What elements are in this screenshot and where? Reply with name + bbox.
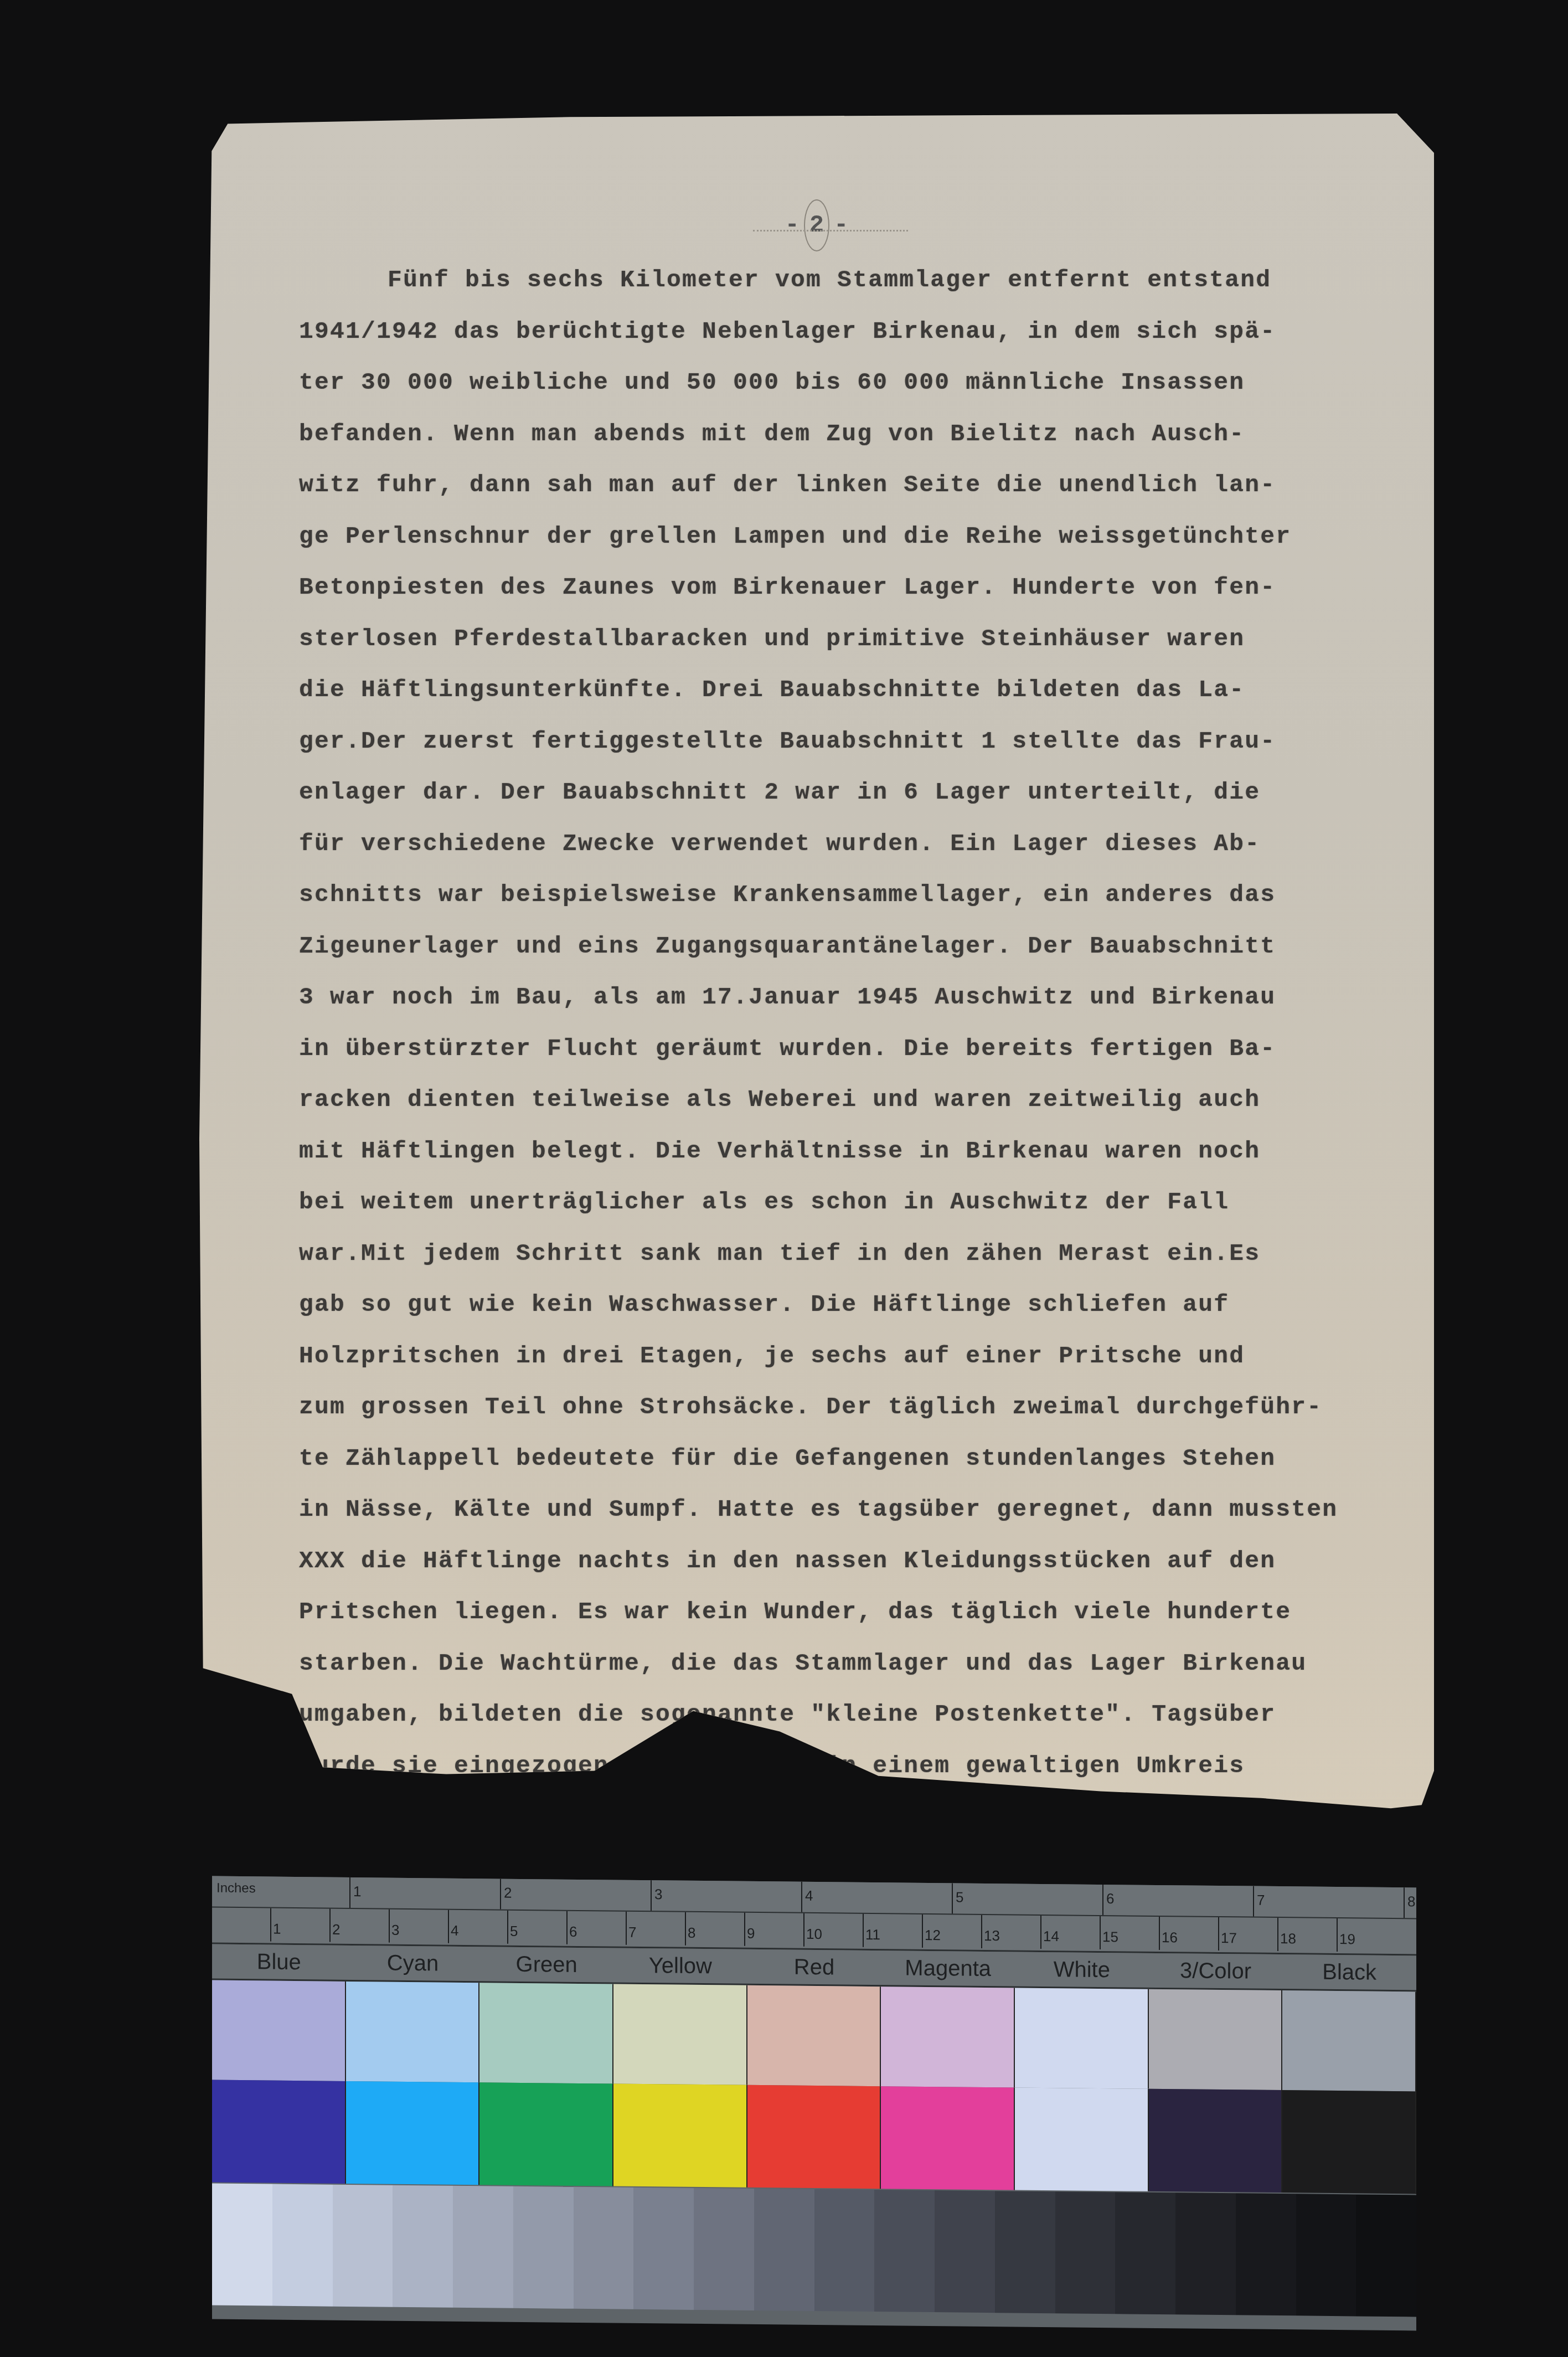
ruler-tick xyxy=(1253,1886,1254,1917)
text-line: Pritschen liegen. Es war kein Wunder, da… xyxy=(299,1587,1395,1638)
text-line: te Zählappell bedeutete für die Gefangen… xyxy=(299,1433,1395,1485)
text-line: wurde sie eingezogen, dafür stand in ein… xyxy=(299,1741,1395,1792)
dark-color-patch xyxy=(613,2084,747,2188)
patch-label: Yellow xyxy=(613,1948,747,1984)
text-line: witz fuhr, dann sah man auf der linken S… xyxy=(299,460,1395,511)
patch-label: Black xyxy=(1282,1954,1416,1990)
light-color-patch xyxy=(613,1984,747,2085)
ruler-tick xyxy=(349,1877,350,1908)
text-line: ge Perlenschnur der grellen Lampen und d… xyxy=(299,511,1395,563)
dark-color-patch xyxy=(1015,2087,1149,2191)
ruler-tick xyxy=(981,1915,982,1948)
dark-color-patch xyxy=(212,2080,346,2184)
dark-color-patch xyxy=(747,2085,881,2189)
text-line: starben. Die Wachtürme, die das Stammlag… xyxy=(299,1638,1395,1690)
text-line: in überstürzter Flucht geräumt wurden. D… xyxy=(299,1023,1395,1075)
ruler-tick xyxy=(801,1882,802,1912)
gray-step-patch xyxy=(1236,2193,1296,2315)
gray-step-patch xyxy=(633,2188,694,2310)
ruler-cm-mark: 2 xyxy=(332,1921,340,1938)
ruler-cm-mark: 19 xyxy=(1339,1931,1355,1948)
ruler-tick xyxy=(329,1909,331,1942)
ruler-tick xyxy=(922,1915,923,1948)
text-line: war.Mit jedem Schritt sank man tief in d… xyxy=(299,1228,1395,1280)
gray-step-patch xyxy=(874,2190,935,2312)
ruler-inch-mark: 3 xyxy=(654,1886,662,1903)
text-line: racken dienten teilweise als Weberei und… xyxy=(299,1074,1395,1126)
gray-step-patch xyxy=(1115,2192,1175,2314)
ruler-cm-mark: 15 xyxy=(1102,1928,1118,1946)
light-color-patch xyxy=(1149,1989,1283,2090)
text-line: schnitts war beispielsweise Krankensamme… xyxy=(299,869,1395,921)
patch-label: Blue xyxy=(212,1944,346,1980)
ruler-cm-mark: 3 xyxy=(391,1922,399,1939)
ruler-cm-mark: 13 xyxy=(984,1927,1000,1944)
gray-step-patch xyxy=(1055,2191,1116,2314)
dark-color-patch xyxy=(1149,2089,1283,2193)
ruler-tick xyxy=(1404,1887,1405,1918)
dark-patch-row xyxy=(212,2080,1416,2194)
ruler-unit-label: Inches xyxy=(216,1881,256,1897)
text-line: Fünf bis sechs Kilometer vom Stammlager … xyxy=(299,255,1395,306)
page-number-circled: 2 xyxy=(804,199,829,251)
light-color-patch xyxy=(881,1987,1015,2087)
light-patch-row xyxy=(212,1980,1416,2092)
ruler-cm-mark: 6 xyxy=(569,1923,577,1941)
ruler-tick xyxy=(1277,1918,1278,1951)
light-color-patch xyxy=(346,1982,480,2082)
patch-label: Green xyxy=(479,1947,613,1982)
ruler-tick xyxy=(803,1913,804,1947)
ruler-cm-mark: 8 xyxy=(688,1924,695,1942)
gray-step-patch xyxy=(333,2185,393,2307)
patch-label: Magenta xyxy=(881,1951,1015,1986)
ruler-tick xyxy=(1102,1885,1103,1915)
ruler-tick xyxy=(626,1912,627,1945)
ruler-inch-mark: 6 xyxy=(1106,1890,1114,1907)
text-line: Betonpiesten des Zaunes vom Birkenauer L… xyxy=(299,562,1395,614)
gray-step-patch xyxy=(1356,2194,1416,2317)
text-line: befanden. Wenn man abends mit dem Zug vo… xyxy=(299,409,1395,460)
ruler-inch-mark: 4 xyxy=(805,1887,813,1905)
page-number-dash-right: - xyxy=(834,212,848,239)
gray-step-patch xyxy=(754,2189,814,2311)
ruler-tick xyxy=(1100,1916,1101,1949)
ruler-cm-mark: 16 xyxy=(1162,1929,1178,1946)
ruler-cm-mark: 1 xyxy=(273,1921,281,1938)
ruler-tick xyxy=(270,1908,271,1942)
ruler-tick xyxy=(566,1911,568,1944)
text-line: ter 30 000 weibliche und 50 000 bis 60 0… xyxy=(299,357,1395,409)
document-page: -2- Fünf bis sechs Kilometer vom Stammla… xyxy=(199,114,1434,1822)
ruler-cm-mark: 5 xyxy=(510,1923,518,1940)
ruler-tick xyxy=(500,1879,501,1910)
light-color-patch xyxy=(479,1983,613,2083)
pencil-dash-mark xyxy=(1523,260,1546,263)
grayscale-step-row xyxy=(212,2184,1416,2317)
ruler-cm-mark: 18 xyxy=(1280,1930,1296,1947)
ruler-cm-mark: 4 xyxy=(451,1922,458,1939)
text-line: bei weitem unerträglicher als es schon i… xyxy=(299,1177,1395,1228)
gray-step-patch xyxy=(574,2187,634,2309)
ruler-tick xyxy=(448,1910,449,1943)
text-line: XXX die Häftlinge nachts in den nassen K… xyxy=(299,1536,1395,1587)
text-line: umgaben, bildeten die sogenannte "kleine… xyxy=(299,1689,1395,1741)
dark-color-patch xyxy=(346,2081,480,2185)
ruler-inch-mark: 1 xyxy=(353,1883,361,1900)
color-calibration-chart: Inches 12345678 123456789101112131415161… xyxy=(212,1876,1416,2331)
gray-step-patch xyxy=(513,2186,574,2309)
patch-label: Cyan xyxy=(346,1946,480,1981)
ruler-tick xyxy=(1159,1917,1160,1950)
page-number-dash-left: - xyxy=(785,212,800,239)
ruler-tick xyxy=(1218,1917,1219,1951)
text-line: Holzpritschen in drei Etagen, je sechs a… xyxy=(299,1331,1395,1382)
ruler-tick xyxy=(507,1911,508,1944)
ruler-tick xyxy=(685,1912,686,1946)
typed-text-body: Fünf bis sechs Kilometer vom Stammlager … xyxy=(299,255,1395,1792)
page-number: -2- xyxy=(199,199,1434,251)
gray-step-patch xyxy=(694,2188,754,2310)
ruler-inch-mark: 8 xyxy=(1407,1893,1415,1910)
gray-step-patch xyxy=(995,2191,1055,2313)
gray-step-patch xyxy=(1175,2193,1236,2315)
text-line: 1941/1942 das berüchtigte Nebenlager Bir… xyxy=(299,306,1395,358)
gray-step-patch xyxy=(212,2184,272,2306)
ruler-cm-mark: 17 xyxy=(1221,1929,1237,1947)
ruler-tick xyxy=(1040,1916,1041,1949)
text-line: gab so gut wie kein Waschwasser. Die Häf… xyxy=(299,1279,1395,1331)
text-line: ger.Der zuerst fertiggestellte Bauabschn… xyxy=(299,716,1395,768)
patch-label: Red xyxy=(747,1949,881,1985)
ruler-cm-mark: 7 xyxy=(628,1924,636,1941)
ruler-tick xyxy=(389,1910,390,1943)
ruler-cm-mark: 12 xyxy=(925,1927,941,1944)
stray-typed-marks xyxy=(753,230,908,233)
dark-color-patch xyxy=(1282,2090,1416,2194)
gray-step-patch xyxy=(393,2185,453,2308)
ruler-cm-mark: 11 xyxy=(865,1926,880,1943)
dark-color-patch xyxy=(881,2086,1015,2190)
ruler-cm-mark: 14 xyxy=(1043,1928,1059,1945)
text-line: für verschiedene Zwecke verwendet wurden… xyxy=(299,819,1395,870)
ruler-tick xyxy=(1337,1918,1338,1952)
ruler-tick xyxy=(952,1883,953,1913)
ruler-inch-mark: 7 xyxy=(1257,1892,1265,1909)
text-line: 3 war noch im Bau, als am 17.Januar 1945… xyxy=(299,972,1395,1023)
dark-color-patch xyxy=(479,2082,613,2186)
text-line: mit Häftlingen belegt. Die Verhältnisse … xyxy=(299,1126,1395,1177)
text-line: Zigeunerlager und eins Zugangsquarantäne… xyxy=(299,921,1395,972)
ruler-tick xyxy=(651,1880,652,1911)
light-color-patch xyxy=(212,1980,346,2081)
text-line: zum grossen Teil ohne Strohsäcke. Der tä… xyxy=(299,1382,1395,1433)
ruler-cm-mark: 9 xyxy=(747,1925,755,1942)
gray-step-patch xyxy=(814,2189,875,2312)
patch-label: White xyxy=(1015,1952,1149,1987)
light-color-patch xyxy=(747,1985,881,2086)
ruler-cm-mark: 10 xyxy=(806,1926,822,1943)
light-color-patch xyxy=(1282,1990,1416,2091)
ruler-inch-mark: 2 xyxy=(504,1885,512,1902)
text-line: sterlosen Pferdestallbaracken und primit… xyxy=(299,614,1395,665)
ruler-tick xyxy=(863,1914,864,1947)
gray-step-patch xyxy=(453,2186,513,2308)
light-color-patch xyxy=(1015,1988,1149,2088)
patch-label: 3/Color xyxy=(1149,1953,1283,1989)
text-line: in Nässe, Kälte und Sumpf. Hatte es tags… xyxy=(299,1484,1395,1536)
gray-step-patch xyxy=(935,2190,995,2313)
ruler: Inches 12345678 123456789101112131415161… xyxy=(212,1876,1416,1956)
ruler-inch-mark: 5 xyxy=(956,1888,963,1906)
gray-step-patch xyxy=(1296,2194,1356,2316)
text-line: die Häftlingsunterkünfte. Drei Bauabschn… xyxy=(299,665,1395,716)
text-line: enlager dar. Der Bauabschnitt 2 war in 6… xyxy=(299,767,1395,819)
ruler-tick xyxy=(744,1913,745,1946)
gray-step-patch xyxy=(272,2184,333,2307)
